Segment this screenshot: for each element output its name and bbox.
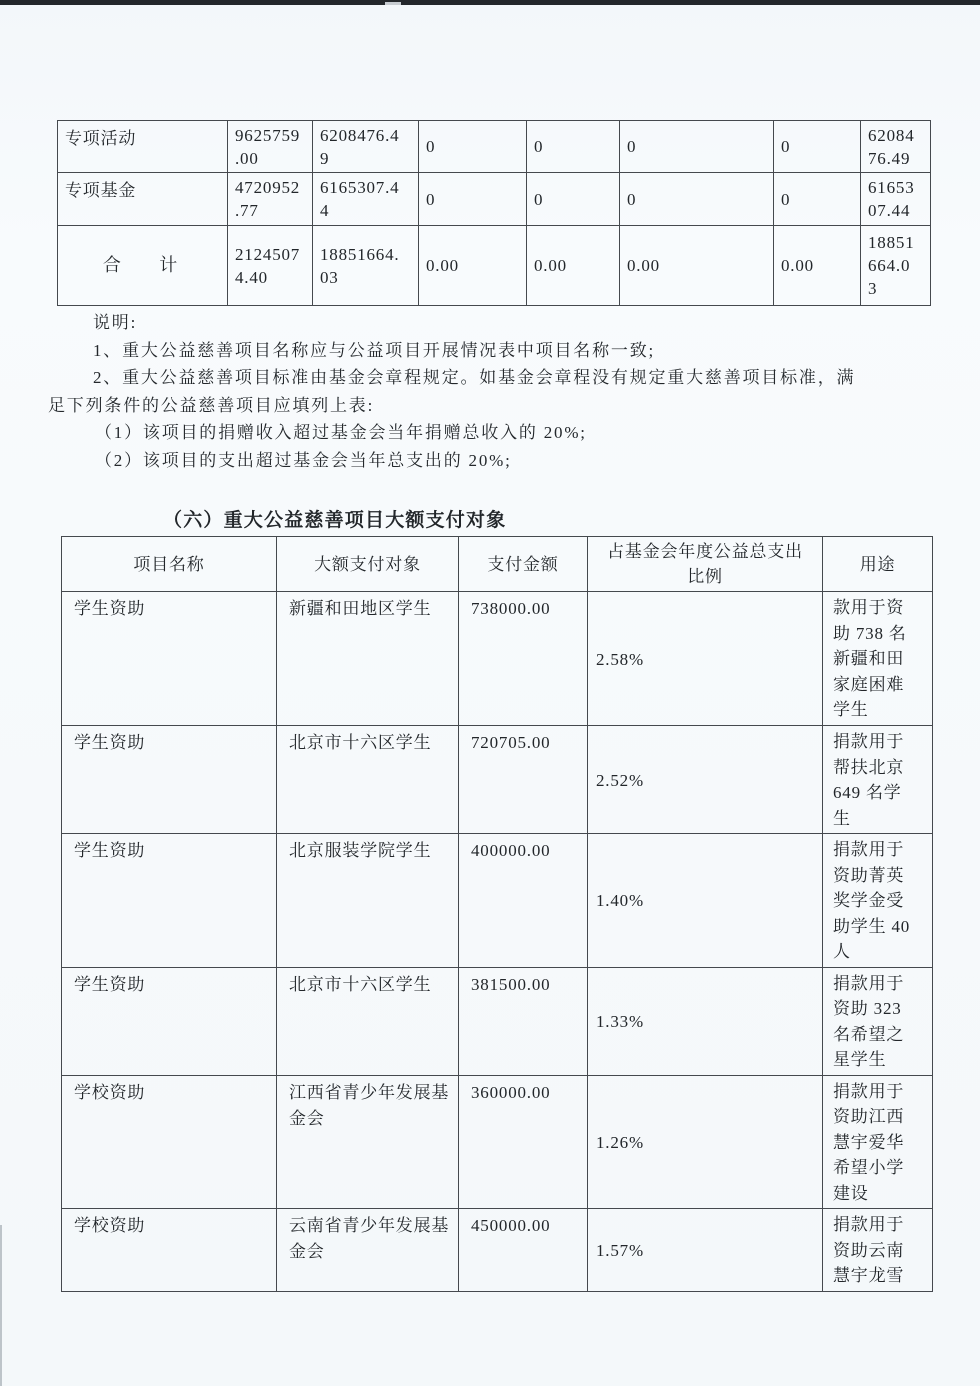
project-expense-summary-table: 专项活动9625759 .006208476.4 9000062084 76.4…: [57, 120, 931, 306]
note-line: 说明:: [93, 309, 958, 337]
column-header: 支付金额: [459, 537, 588, 592]
summary-value-cell: 0.00: [419, 226, 527, 306]
summary-value-cell: 0: [419, 121, 527, 173]
cell-payee: 新疆和田地区学生: [277, 592, 459, 726]
cell-project-name: 学生资助: [62, 834, 277, 968]
summary-value-cell: 6208476.4 9: [313, 121, 419, 173]
cell-expense-ratio: 1.33%: [588, 967, 823, 1075]
scanner-left-edge-artifact: [0, 1225, 2, 1386]
column-header: 用途: [823, 537, 933, 592]
cell-amount: 720705.00: [459, 726, 588, 834]
cell-amount: 738000.00: [459, 592, 588, 726]
column-header: 占基金会年度公益总支出 比例: [588, 537, 823, 592]
note-line: （2）该项目的支出超过基金会当年总支出的 20%;: [95, 447, 958, 475]
cell-expense-ratio: 1.26%: [588, 1075, 823, 1209]
summary-value-cell: 9625759 .00: [228, 121, 313, 173]
cell-project-name: 学校资助: [62, 1075, 277, 1209]
summary-value-cell: 0: [419, 173, 527, 226]
major-payment-recipients-table: 项目名称大额支付对象支付金额占基金会年度公益总支出 比例用途 学生资助新疆和田地…: [61, 536, 933, 1292]
cell-expense-ratio: 2.58%: [588, 592, 823, 726]
cell-purpose: 款用于资 助 738 名 新疆和田 家庭困难 学生: [823, 592, 933, 726]
summary-row-label: 专项活动: [58, 121, 228, 173]
cell-expense-ratio: 1.40%: [588, 834, 823, 968]
scanner-top-edge-artifact: [0, 0, 980, 5]
cell-payee: 北京市十六区学生: [277, 726, 459, 834]
payment-row: 学生资助北京服装学院学生400000.001.40%捐款用于 资助菁英 奖学金受…: [62, 834, 933, 968]
notes-block: 说明:1、重大公益慈善项目名称应与公益项目开展情况表中项目名称一致;2、重大公益…: [48, 309, 958, 474]
summary-value-cell: 18851 664.0 3: [861, 226, 931, 306]
column-header: 大额支付对象: [277, 537, 459, 592]
cell-payee: 云南省青少年发展基 金会: [277, 1209, 459, 1292]
summary-row: 专项活动9625759 .006208476.4 9000062084 76.4…: [58, 121, 931, 173]
summary-value-cell: 0: [620, 173, 774, 226]
summary-row-label: 合 计: [58, 226, 228, 306]
cell-project-name: 学校资助: [62, 1209, 277, 1292]
summary-value-cell: 62084 76.49: [861, 121, 931, 173]
cell-purpose: 捐款用于 资助江西 慧宇爱华 希望小学 建设: [823, 1075, 933, 1209]
cell-expense-ratio: 2.52%: [588, 726, 823, 834]
summary-value-cell: 0: [527, 121, 620, 173]
cell-payee: 江西省青少年发展基 金会: [277, 1075, 459, 1209]
summary-value-cell: 2124507 4.40: [228, 226, 313, 306]
section-title: （六）重大公益慈善项目大额支付对象: [163, 505, 506, 532]
cell-expense-ratio: 1.57%: [588, 1209, 823, 1292]
cell-amount: 400000.00: [459, 834, 588, 968]
note-line: （1）该项目的捐赠收入超过基金会当年捐赠总收入的 20%;: [95, 419, 958, 447]
payment-row: 学生资助北京市十六区学生720705.002.52%捐款用于 帮扶北京 649 …: [62, 726, 933, 834]
summary-value-cell: 0: [620, 121, 774, 173]
payment-row: 学校资助云南省青少年发展基 金会450000.001.57%捐款用于 资助云南 …: [62, 1209, 933, 1292]
cell-amount: 450000.00: [459, 1209, 588, 1292]
payment-row: 学校资助江西省青少年发展基 金会360000.001.26%捐款用于 资助江西 …: [62, 1075, 933, 1209]
column-header: 项目名称: [62, 537, 277, 592]
cell-payee: 北京服装学院学生: [277, 834, 459, 968]
cell-purpose: 捐款用于 资助菁英 奖学金受 助学生 40 人: [823, 834, 933, 968]
payment-row: 学生资助新疆和田地区学生738000.002.58%款用于资 助 738 名 新…: [62, 592, 933, 726]
summary-value-cell: 0: [527, 173, 620, 226]
summary-value-cell: 0.00: [620, 226, 774, 306]
cell-project-name: 学生资助: [62, 726, 277, 834]
cell-purpose: 捐款用于 资助云南 慧宇龙雪: [823, 1209, 933, 1292]
summary-value-cell: 61653 07.44: [861, 173, 931, 226]
cell-amount: 381500.00: [459, 967, 588, 1075]
summary-value-cell: 0.00: [774, 226, 861, 306]
summary-value-cell: 0.00: [527, 226, 620, 306]
cell-purpose: 捐款用于 帮扶北京 649 名学 生: [823, 726, 933, 834]
cell-project-name: 学生资助: [62, 967, 277, 1075]
cell-amount: 360000.00: [459, 1075, 588, 1209]
summary-row-label: 专项基金: [58, 173, 228, 226]
cell-purpose: 捐款用于 资助 323 名希望之 星学生: [823, 967, 933, 1075]
payment-row: 学生资助北京市十六区学生381500.001.33%捐款用于 资助 323 名希…: [62, 967, 933, 1075]
summary-value-cell: 6165307.4 4: [313, 173, 419, 226]
payment-table-header-row: 项目名称大额支付对象支付金额占基金会年度公益总支出 比例用途: [62, 537, 933, 592]
summary-value-cell: 0: [774, 121, 861, 173]
note-line: 足下列条件的公益慈善项目应填列上表:: [48, 392, 958, 420]
cell-project-name: 学生资助: [62, 592, 277, 726]
summary-value-cell: 4720952 .77: [228, 173, 313, 226]
summary-row: 合 计2124507 4.4018851664. 030.000.000.000…: [58, 226, 931, 306]
cell-payee: 北京市十六区学生: [277, 967, 459, 1075]
note-line: 1、重大公益慈善项目名称应与公益项目开展情况表中项目名称一致;: [93, 337, 958, 365]
note-line: 2、重大公益慈善项目标准由基金会章程规定。如基金会章程没有规定重大慈善项目标准，…: [93, 364, 958, 392]
summary-value-cell: 0: [774, 173, 861, 226]
summary-row: 专项基金4720952 .776165307.4 4000061653 07.4…: [58, 173, 931, 226]
summary-value-cell: 18851664. 03: [313, 226, 419, 306]
